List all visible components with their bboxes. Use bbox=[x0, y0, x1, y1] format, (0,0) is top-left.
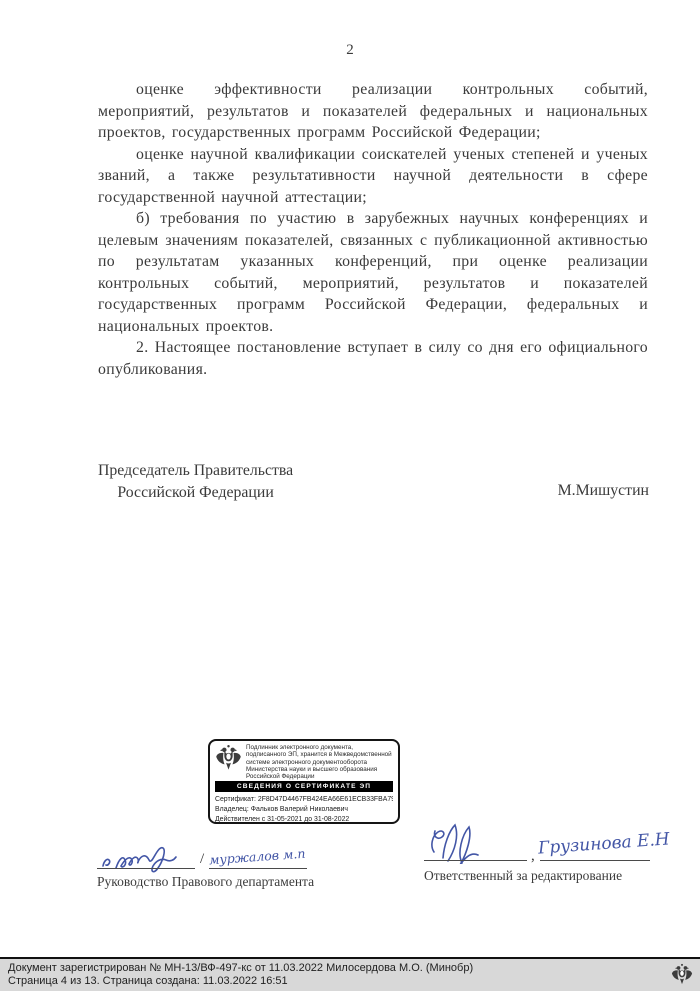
paragraph-requirements-conferences: б) требования по участию в зарубежных на… bbox=[98, 208, 648, 337]
certificate-label: Сертификат: bbox=[215, 796, 256, 803]
certificate-line: Сертификат: 2F8D47D4467FB424EA66E61ECB33… bbox=[215, 795, 393, 805]
paragraph-evaluation-events: оценке эффективности реализации контроль… bbox=[98, 79, 648, 144]
document-page: 2 оценке эффективности реализации контро… bbox=[0, 0, 700, 991]
signatory-title-line2: Российской Федерации bbox=[98, 482, 293, 504]
registration-footer: Документ зарегистрирован № МН-13/ВФ-497-… bbox=[0, 957, 700, 991]
owner-line: Владелец: Фальков Валерий Николаевич bbox=[215, 805, 393, 815]
signature-separator: , bbox=[531, 848, 535, 865]
paragraph-entry-into-force: 2. Настоящее постановление вступает в си… bbox=[98, 337, 648, 380]
signature-line bbox=[540, 860, 650, 861]
owner-label: Владелец: bbox=[215, 806, 249, 813]
ministry-eagle-icon bbox=[671, 962, 693, 988]
document-body: оценке эффективности реализации контроль… bbox=[98, 79, 648, 380]
paragraph-evaluation-qualification: оценке научной квалификации соискателей … bbox=[98, 144, 648, 209]
signatory-block: Председатель Правительства Российской Фе… bbox=[98, 460, 649, 508]
signature-line bbox=[97, 868, 195, 869]
signature-separator: / bbox=[200, 851, 204, 868]
page-number: 2 bbox=[0, 42, 700, 59]
stamp-certificate-header: СВЕДЕНИЯ О СЕРТИФИКАТЕ ЭП bbox=[215, 781, 393, 792]
signature-role-label: Ответственный за редактирование bbox=[424, 868, 622, 884]
stamp-top-row: Подлинник электронного документа, подпис… bbox=[215, 744, 393, 780]
signatory-title-line1: Председатель Правительства bbox=[98, 460, 293, 482]
digital-signature-stamp: Подлинник электронного документа, подпис… bbox=[208, 739, 400, 824]
stamp-certificate-info: Сертификат: 2F8D47D4467FB424EA66E61ECB33… bbox=[215, 795, 393, 824]
handwritten-signature-icon bbox=[426, 816, 486, 864]
certificate-value: 2F8D47D4467FB424EA66E61ECB33FBA7983CD bbox=[258, 796, 393, 803]
signatory-name: М.Мишустин bbox=[558, 482, 649, 500]
ministry-eagle-icon bbox=[215, 744, 242, 773]
signature-block-legal-department: / муржалов м.п Руководство Правового деп… bbox=[97, 838, 347, 898]
validity-line: Действителен с 31-05-2021 до 31-08-2022 bbox=[215, 815, 393, 825]
signature-block-editor: , Грузинова Е.Н Ответственный за редакти… bbox=[424, 816, 684, 898]
page-info-line: Страница 4 из 13. Страница создана: 11.0… bbox=[8, 975, 670, 988]
signature-role-label: Руководство Правового департамента bbox=[97, 874, 314, 890]
handwritten-name: муржалов м.п bbox=[209, 846, 306, 868]
signatory-title: Председатель Правительства Российской Фе… bbox=[98, 460, 293, 504]
registration-line: Документ зарегистрирован № МН-13/ВФ-497-… bbox=[8, 962, 670, 975]
owner-value: Фальков Валерий Николаевич bbox=[251, 806, 348, 813]
handwritten-name: Грузинова Е.Н bbox=[537, 829, 670, 858]
signature-line bbox=[424, 860, 527, 861]
signature-line bbox=[209, 868, 307, 869]
stamp-note: Подлинник электронного документа, подпис… bbox=[242, 744, 393, 780]
